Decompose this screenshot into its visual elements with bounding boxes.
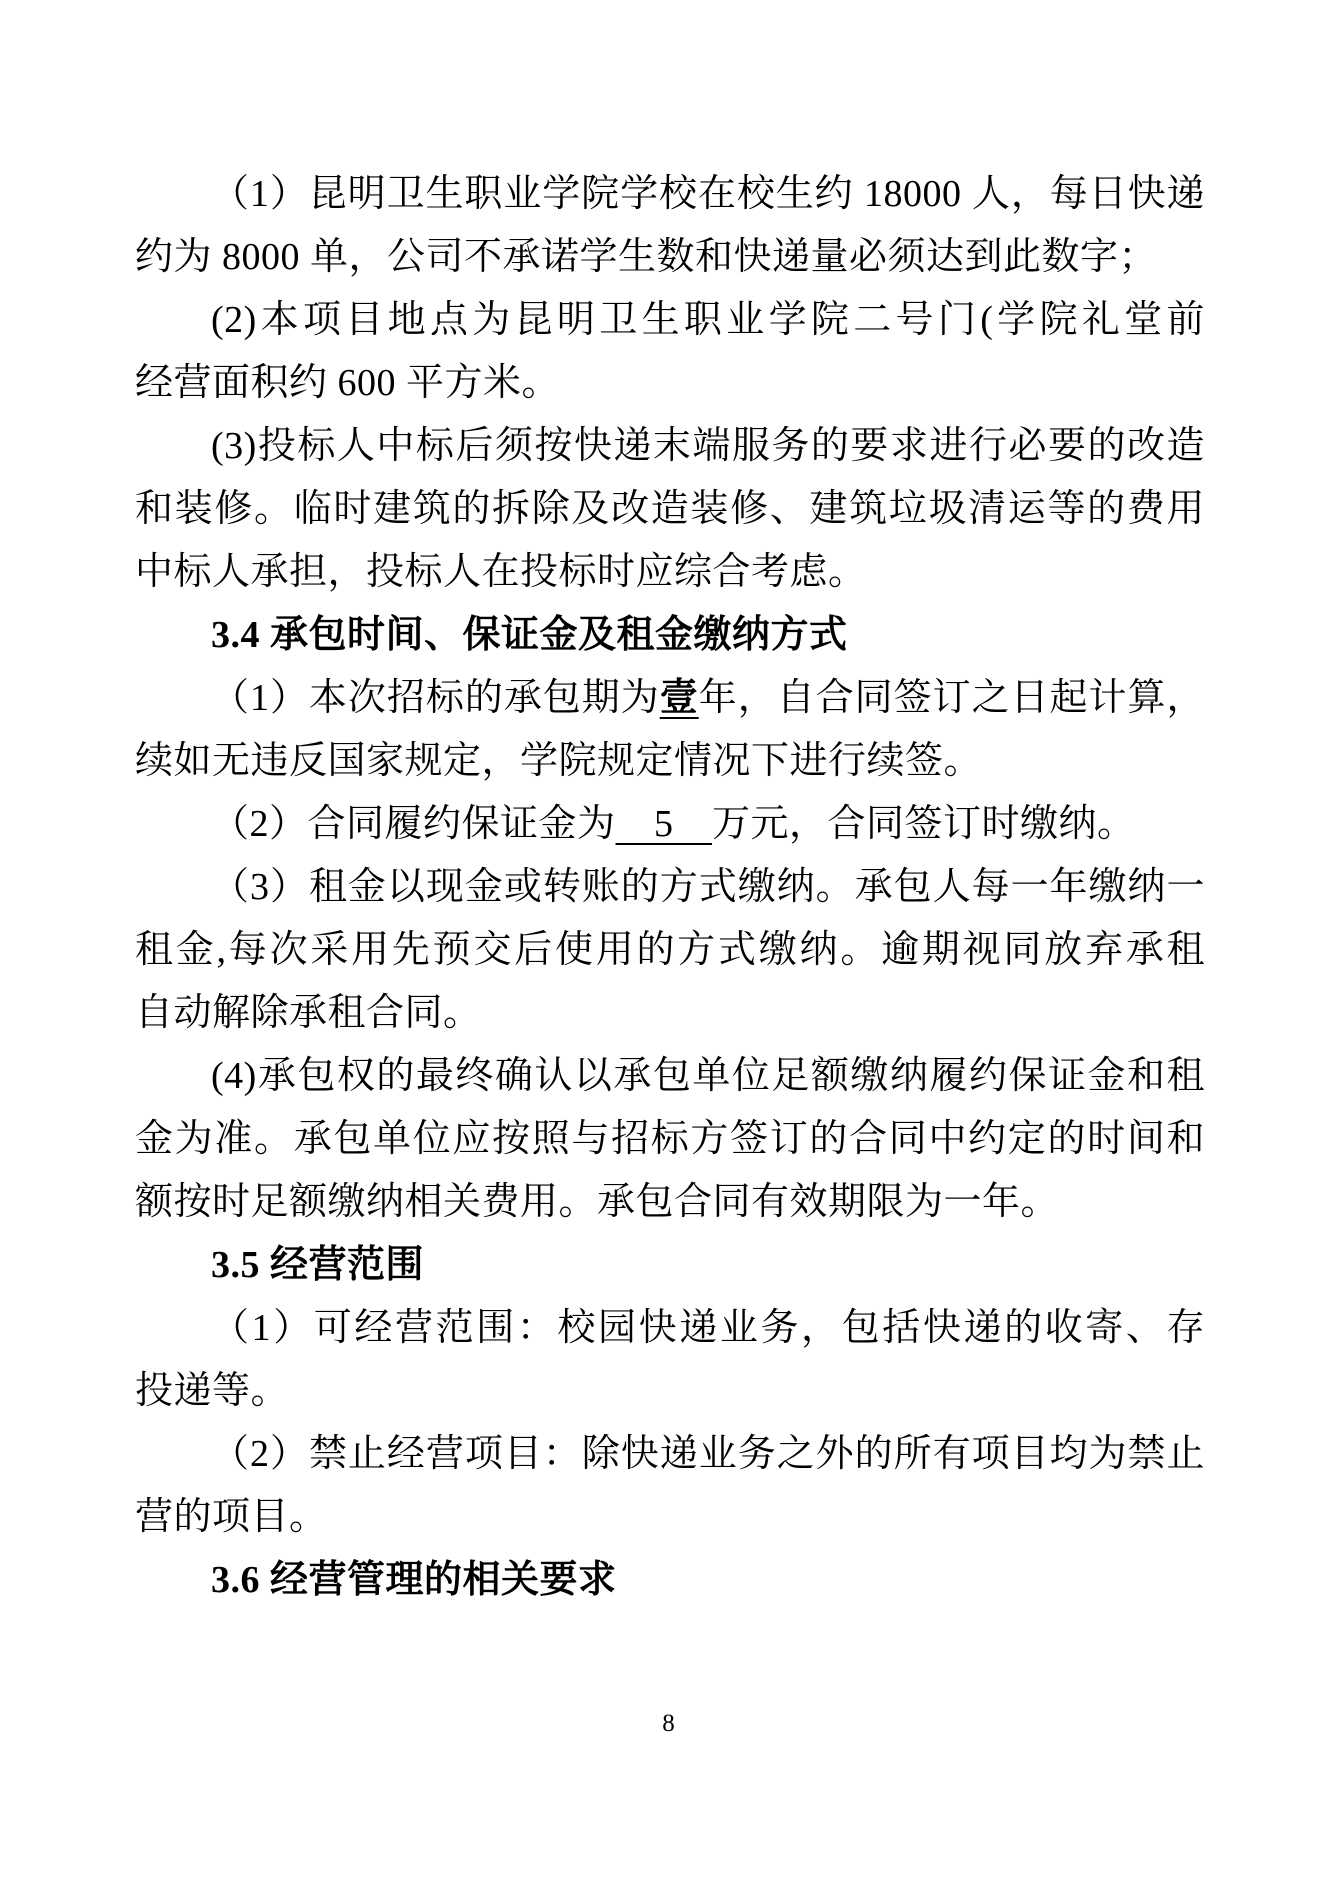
filled-blank-text: 5: [616, 803, 713, 845]
text-line: 和装修。临时建筑的拆除及改造装修、建筑垃圾清运等的费用由: [135, 478, 1205, 541]
section-heading: 3.6 经营管理的相关要求: [135, 1549, 1205, 1612]
text-line: 中标人承担，投标人在投标时应综合考虑。: [135, 541, 1205, 604]
text-line: （1）可经营范围：校园快递业务，包括快递的收寄、存放、: [135, 1297, 1205, 1360]
text-line: 投递等。: [135, 1360, 1205, 1423]
text-segment: 万元，合同签订时缴纳。: [712, 803, 1136, 845]
text-segment: (4)承包权的最终确认以承包单位足额缴纳履约保证金和租: [211, 1055, 1205, 1097]
text-segment: 约为 8000 单，公司不承诺学生数和快递量必须达到此数字；: [135, 236, 1157, 278]
text-segment: 自动解除承租合同。: [135, 992, 482, 1034]
text-segment: 中标人承担，投标人在投标时应综合考虑。: [135, 551, 867, 593]
text-segment: (2)本项目地点为昆明卫生职业学院二号门(学院礼堂前方)，: [135, 299, 1205, 352]
text-segment: （1）昆明卫生职业学院学校在校生约 18000 人，每日快递量: [135, 173, 1205, 226]
text-segment: （1）可经营范围：校园快递业务，包括快递的收寄、存放、: [135, 1307, 1205, 1360]
filled-blank-text: 壹: [660, 677, 699, 719]
text-segment: 和装修。临时建筑的拆除及改造装修、建筑垃圾清运等的费用由: [135, 488, 1205, 541]
text-segment: 3.6 经营管理的相关要求: [211, 1559, 617, 1601]
text-segment: （1）本次招标的承包期为: [211, 677, 660, 719]
text-segment: 3.4 承包时间、保证金及租金缴纳方式: [211, 614, 848, 656]
text-segment: (3)投标人中标后须按快递末端服务的要求进行必要的改造: [211, 425, 1205, 467]
text-line: （2）禁止经营项目：除快递业务之外的所有项目均为禁止经: [135, 1423, 1205, 1486]
text-line: 续如无违反国家规定，学院规定情况下进行续签。: [135, 730, 1205, 793]
text-line: 约为 8000 单，公司不承诺学生数和快递量必须达到此数字；: [135, 226, 1205, 289]
text-line: 经营面积约 600 平方米。: [135, 352, 1205, 415]
text-line: 租金,每次采用先预交后使用的方式缴纳。逾期视同放弃承租权，: [135, 919, 1205, 982]
text-segment: （2）禁止经营项目：除快递业务之外的所有项目均为禁止经: [135, 1433, 1205, 1486]
text-line: 金为准。承包单位应按照与招标方签订的合同中约定的时间和金: [135, 1108, 1205, 1171]
text-segment: 额按时足额缴纳相关费用。承包合同有效期限为一年。: [135, 1181, 1059, 1223]
text-segment: 金为准。承包单位应按照与招标方签订的合同中约定的时间和金: [135, 1118, 1205, 1171]
text-line: 额按时足额缴纳相关费用。承包合同有效期限为一年。: [135, 1171, 1205, 1234]
section-heading: 3.4 承包时间、保证金及租金缴纳方式: [135, 604, 1205, 667]
text-line: （1）昆明卫生职业学院学校在校生约 18000 人，每日快递量: [135, 163, 1205, 226]
text-line: （1）本次招标的承包期为壹年，自合同签订之日起计算，后: [135, 667, 1205, 730]
text-line: （2）合同履约保证金为 5 万元，合同签订时缴纳。: [135, 793, 1205, 856]
document-page: （1）昆明卫生职业学院学校在校生约 18000 人，每日快递量约为 8000 单…: [0, 0, 1337, 1891]
page-number: 8: [0, 1708, 1337, 1740]
document-body: （1）昆明卫生职业学院学校在校生约 18000 人，每日快递量约为 8000 单…: [135, 163, 1205, 1612]
text-line: 营的项目。: [135, 1486, 1205, 1549]
text-segment: （3）租金以现金或转账的方式缴纳。承包人每一年缴纳一次: [135, 866, 1205, 919]
text-segment: 经营面积约 600 平方米。: [135, 362, 560, 404]
text-segment: 续如无违反国家规定，学院规定情况下进行续签。: [135, 740, 982, 782]
text-segment: 营的项目。: [135, 1496, 328, 1538]
text-segment: （2）合同履约保证金为: [211, 803, 616, 845]
text-line: (4)承包权的最终确认以承包单位足额缴纳履约保证金和租: [135, 1045, 1205, 1108]
text-segment: 3.5 经营范围: [211, 1244, 424, 1286]
text-line: (2)本项目地点为昆明卫生职业学院二号门(学院礼堂前方)，: [135, 289, 1205, 352]
text-line: （3）租金以现金或转账的方式缴纳。承包人每一年缴纳一次: [135, 856, 1205, 919]
text-line: 自动解除承租合同。: [135, 982, 1205, 1045]
text-segment: 租金,每次采用先预交后使用的方式缴纳。逾期视同放弃承租权，: [135, 929, 1205, 982]
text-line: (3)投标人中标后须按快递末端服务的要求进行必要的改造: [135, 415, 1205, 478]
text-segment: 投递等。: [135, 1370, 289, 1412]
section-heading: 3.5 经营范围: [135, 1234, 1205, 1297]
